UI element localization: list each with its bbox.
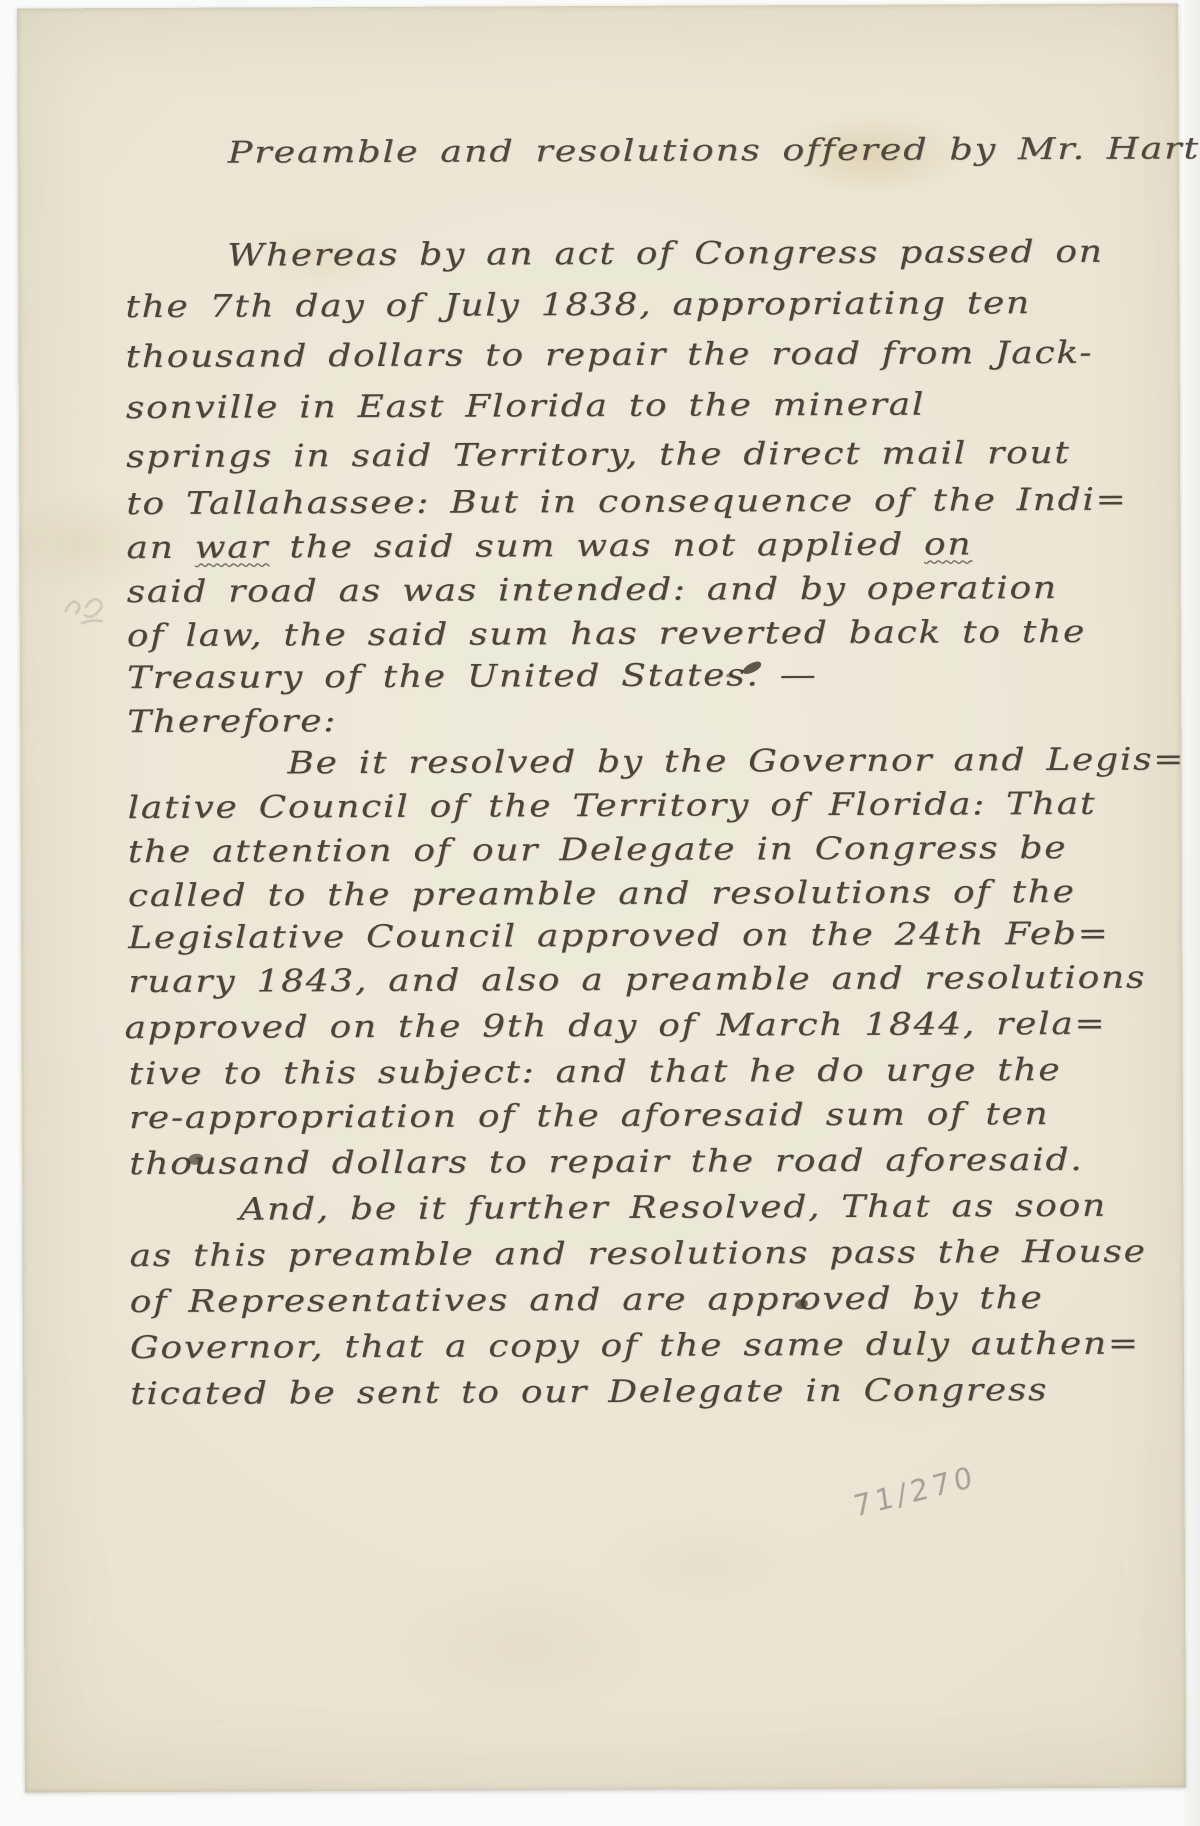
scanner-background (1184, 0, 1200, 1826)
manuscript-line: said road as was intended: and by operat… (127, 570, 1058, 610)
document-title: Preamble and resolutions offered by Mr. … (228, 131, 1200, 170)
manuscript-line: Therefore: (127, 703, 337, 740)
manuscript-line: springs in said Territory, the direct ma… (126, 435, 1071, 475)
manuscript-line: sonville in East Florida to the mineral (126, 387, 925, 426)
manuscript-line: And, be it further Resolved, That as soo… (239, 1188, 1107, 1228)
manuscript-line: tive to this subject: and that he do urg… (129, 1052, 1062, 1092)
archival-page-number: 71/270 (851, 1459, 978, 1524)
manuscript-line: ruary 1843, and also a preamble and reso… (128, 960, 1146, 1000)
manuscript-line: an war the said sum was not applied on (126, 526, 972, 566)
manuscript-line: thousand dollars to repair the road afor… (129, 1142, 1083, 1182)
manuscript-line: Legislative Council approved on the 24th… (128, 916, 1109, 956)
manuscript-line: thousand dollars to repair the road from… (126, 335, 1094, 375)
line-segment: the said sum was not applied (269, 527, 924, 566)
manuscript-line: Governor, that a copy of the same duly a… (130, 1326, 1140, 1366)
underlined-word: war (195, 529, 270, 565)
manuscript-line: the 7th day of July 1838, appropriating … (125, 285, 1031, 325)
faint-pencil-mark (58, 573, 138, 633)
scanned-document: { "document": { "title": "Preamble and r… (0, 0, 1200, 1826)
manuscript-line: called to the preamble and resolutions o… (128, 874, 1076, 914)
manuscript-line: Be it resolved by the Governor and Legis… (287, 741, 1185, 781)
line-segment: an (126, 530, 194, 566)
manuscript-line: lative Council of the Territory of Flori… (128, 786, 1097, 826)
manuscript-line: re-appropriation of the aforesaid sum of… (129, 1096, 1050, 1136)
manuscript-line: approved on the 9th day of March 1844, r… (124, 1006, 1106, 1046)
manuscript-line: as this preamble and resolutions pass th… (129, 1234, 1146, 1274)
manuscript-page: Preamble and resolutions offered by Mr. … (17, 3, 1186, 1792)
underlined-word: on (924, 526, 972, 562)
manuscript-line: Treasury of the United States. — (127, 657, 817, 696)
manuscript-line: the attention of our Delegate in Congres… (128, 830, 1068, 870)
manuscript-line: ticated be sent to our Delegate in Congr… (130, 1372, 1048, 1412)
manuscript-line: to Tallahassee: But in consequence of th… (126, 482, 1127, 522)
manuscript-line: of law, the said sum has reverted back t… (127, 614, 1086, 654)
manuscript-line: of Representatives and are approved by t… (130, 1280, 1044, 1320)
manuscript-line: Whereas by an act of Congress passed on (227, 234, 1104, 274)
